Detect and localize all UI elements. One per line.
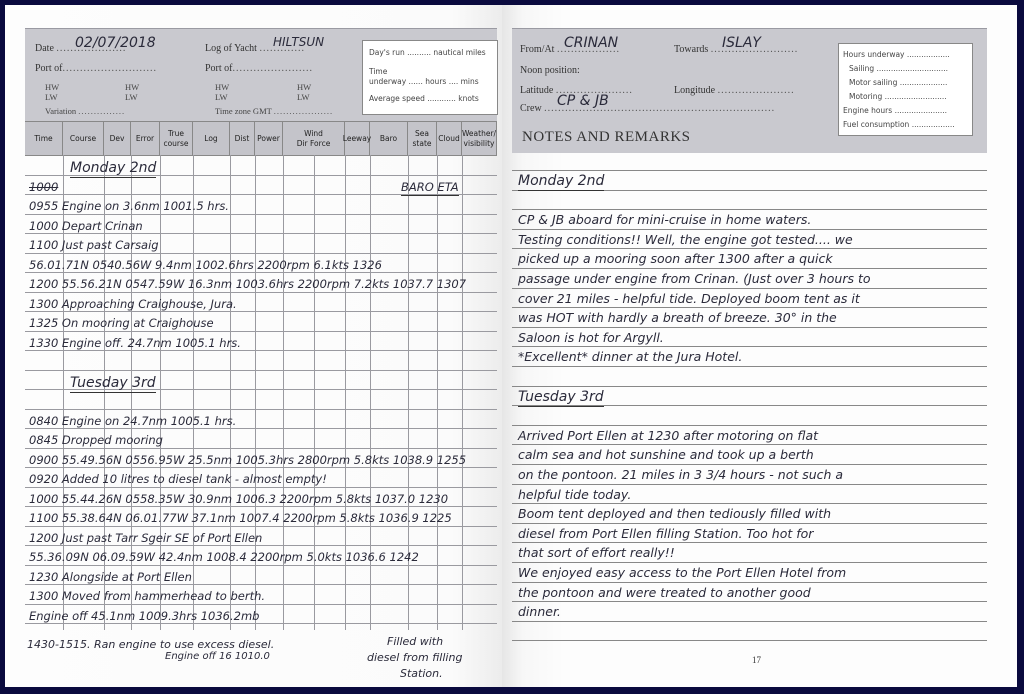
grid-row-line xyxy=(25,253,497,254)
grid-column-line xyxy=(437,155,438,630)
ruled-line xyxy=(512,562,987,563)
ruled-line xyxy=(512,288,987,289)
log-entry-row: 55.36.09N 06.09.59W 42.4nm 1008.4 2200rp… xyxy=(29,550,419,564)
towards-value[interactable]: ISLAY xyxy=(722,35,761,51)
right-page: From/At .................. CRINAN Toward… xyxy=(502,5,1017,687)
grid-row-line xyxy=(25,526,497,527)
hours-underway-label: Hours underway .................. xyxy=(843,50,950,59)
days-run-box: Day's run .......... nautical miles Time… xyxy=(362,40,498,115)
note-line: Arrived Port Ellen at 1230 after motorin… xyxy=(518,428,818,443)
log-table-header: TimeCourseDevErrorTrue courseLogDistPowe… xyxy=(25,121,497,156)
noon-position-label: Noon position: xyxy=(520,65,580,76)
column-header: Sea state xyxy=(408,122,437,155)
average-speed-label: Average speed ............ knots xyxy=(369,94,479,103)
note-line: that sort of effort really!! xyxy=(518,545,675,560)
grid-row-line xyxy=(25,292,497,293)
grid-row-line xyxy=(25,467,497,468)
column-header: Leeway xyxy=(345,122,370,155)
ruled-line xyxy=(512,229,987,230)
column-header: Dev xyxy=(104,122,131,155)
log-entry-row: 1330 Engine off. 24.7nm 1005.1 hrs. xyxy=(29,336,241,350)
note-line: calm sea and hot sunshine and took up a … xyxy=(518,447,814,462)
column-header: True course xyxy=(160,122,193,155)
wind-sub-labels: Dir Force xyxy=(297,139,331,149)
note-line: We enjoyed easy access to the Port Ellen… xyxy=(518,565,846,580)
column-header: Weather/ visibility xyxy=(462,122,497,155)
grid-row-line xyxy=(25,370,497,371)
log-entry-row: Engine off 45.1nm 1009.3hrs 1036.2mb xyxy=(29,609,259,623)
hw-label: HW xyxy=(45,82,59,92)
from-value[interactable]: CRINAN xyxy=(564,35,618,51)
fuel-consumption-label: Fuel consumption .................. xyxy=(843,120,955,129)
footer-note-1: 1430-1515. Ran engine to use excess dies… xyxy=(27,638,274,651)
ruled-line xyxy=(512,582,987,583)
lw-label: LW xyxy=(125,92,138,102)
note-line: Saloon is hot for Argyll. xyxy=(518,330,664,345)
lw-label: LW xyxy=(215,92,228,102)
grid-row-line xyxy=(25,623,497,624)
grid-row-line xyxy=(25,214,497,215)
column-header: Log xyxy=(193,122,230,155)
log-entry-row: 1200 Just past Tarr Sgeir SE of Port Ell… xyxy=(29,531,262,545)
ruled-line xyxy=(512,366,987,367)
notes-title: NOTES AND REMARKS xyxy=(522,129,691,146)
log-entry-row: 0845 Dropped mooring xyxy=(29,433,163,447)
engine-hours-label: Engine hours ...................... xyxy=(843,106,947,115)
grid-row-line xyxy=(25,350,497,351)
grid-row-line xyxy=(25,604,497,605)
ruled-line xyxy=(512,268,987,269)
log-entry-row: 1100 55.38.64N 06.01.77W 37.1nm 1007.4 2… xyxy=(29,511,452,525)
ruled-line xyxy=(512,503,987,504)
ruled-line xyxy=(512,327,987,328)
log-entry-row: 1000 55.44.26N 0558.35W 30.9nm 1006.3 22… xyxy=(29,492,448,506)
baro-eta-note: BARO ETA xyxy=(401,180,459,196)
column-header: Time xyxy=(25,122,63,155)
grid-row-line xyxy=(25,545,497,546)
left-page: Date .................... 02/07/2018 Log… xyxy=(5,5,502,687)
log-entry-row: Tuesday 3rd xyxy=(70,375,156,393)
note-line: CP & JB aboard for mini-cruise in home w… xyxy=(518,212,811,227)
footer-note-5: Station. xyxy=(400,667,443,680)
struck-time: 1000 xyxy=(29,180,58,194)
footer-note-3: Filled with xyxy=(387,635,443,648)
ruled-line xyxy=(512,621,987,622)
column-header: Cloud xyxy=(437,122,462,155)
note-line: Monday 2nd xyxy=(518,173,604,191)
ruled-line xyxy=(512,386,987,387)
lw-label: LW xyxy=(297,92,310,102)
grid-column-line xyxy=(462,155,463,630)
grid-row-line xyxy=(25,584,497,585)
note-line: was HOT with hardly a breath of breeze. … xyxy=(518,310,837,325)
logbook-spread: Date .................... 02/07/2018 Log… xyxy=(5,5,1017,687)
log-entry-row: 0920 Added 10 litres to diesel tank - al… xyxy=(29,472,327,486)
log-entry-row: 0900 55.49.56N 0556.95W 25.5nm 1005.3hrs… xyxy=(29,453,466,467)
ruled-line xyxy=(512,209,987,210)
variation-label: Variation ............... xyxy=(45,106,125,116)
hw-label: HW xyxy=(215,82,229,92)
grid-row-line xyxy=(25,311,497,312)
ruled-line xyxy=(512,523,987,524)
days-run-label: Day's run .......... nautical miles xyxy=(369,48,486,57)
column-header: Course xyxy=(63,122,104,155)
crew-value[interactable]: CP & JB xyxy=(557,93,609,109)
log-entry-row: 1000 Depart Crinan xyxy=(29,219,143,233)
grid-row-line xyxy=(25,487,497,488)
motor-sailing-label: Motor sailing .................... xyxy=(849,78,947,87)
ruled-line xyxy=(512,307,987,308)
timezone-label: Time zone GMT ................... xyxy=(215,106,333,116)
log-entry-row: 1100 Just past Carsaig xyxy=(29,238,159,252)
grid-row-line xyxy=(25,409,497,410)
ruled-line xyxy=(512,346,987,347)
hours-summary-box: Hours underway .................. Sailin… xyxy=(838,43,973,136)
column-header: Power xyxy=(255,122,283,155)
log-entry-row: 1300 Approaching Craighouse, Jura. xyxy=(29,297,237,311)
wind-group-label: Wind xyxy=(304,129,323,139)
grid-row-line xyxy=(25,331,497,332)
grid-row-line xyxy=(25,565,497,566)
footer-note-2: Engine off 16 1010.0 xyxy=(165,651,270,662)
ruled-line xyxy=(512,484,987,485)
grid-row-line xyxy=(25,233,497,234)
hw-label: HW xyxy=(125,82,139,92)
log-entry-row: 56.01.71N 0540.56W 9.4nm 1002.6hrs 2200r… xyxy=(29,258,382,272)
footer-note-4: diesel from filling xyxy=(367,651,462,664)
column-header-wind: WindDir Force xyxy=(283,122,345,155)
grid-row-line xyxy=(25,448,497,449)
column-header: Dist xyxy=(230,122,255,155)
motoring-label: Motoring .......................... xyxy=(849,92,947,101)
port-of-label-1: Port of........................... xyxy=(35,63,157,74)
lw-label: LW xyxy=(45,92,58,102)
grid-row-line xyxy=(25,272,497,273)
sailing-label: Sailing .............................. xyxy=(849,64,948,73)
grid-row-line xyxy=(25,428,497,429)
ruled-line xyxy=(512,464,987,465)
ruled-line xyxy=(512,601,987,602)
log-entry-row: 1200 55.56.21N 0547.59W 16.3nm 1003.6hrs… xyxy=(29,277,466,291)
log-entry-row: 1325 On mooring at Craighouse xyxy=(29,316,214,330)
time-label: Time xyxy=(369,67,387,76)
ruled-line xyxy=(512,640,987,641)
note-line: dinner. xyxy=(518,604,561,619)
ruled-line xyxy=(512,170,987,171)
column-header: Baro xyxy=(370,122,408,155)
note-line: Tuesday 3rd xyxy=(518,389,604,407)
hw-label: HW xyxy=(297,82,311,92)
time-underway-label: underway ...... hours .... mins xyxy=(369,77,479,86)
note-line: passage under engine from Crinan. (Just … xyxy=(518,271,871,286)
note-line: Testing conditions!! Well, the engine go… xyxy=(518,232,853,247)
grid-row-line xyxy=(25,506,497,507)
note-line: *Excellent* dinner at the Jura Hotel. xyxy=(518,349,742,364)
note-line: helpful tide today. xyxy=(518,487,631,502)
date-value[interactable]: 02/07/2018 xyxy=(75,35,156,51)
ruled-line xyxy=(512,248,987,249)
longitude-label: Longitude ...................... xyxy=(674,85,795,96)
log-entry-row: 1230 Alongside at Port Ellen xyxy=(29,570,192,584)
column-header: Error xyxy=(131,122,160,155)
note-line: picked up a mooring soon after 1300 afte… xyxy=(518,251,833,266)
ruled-line xyxy=(512,425,987,426)
port-of-label-2: Port of....................... xyxy=(205,63,313,74)
log-entry-row: 0955 Engine on 3.6nm 1001.5 hrs. xyxy=(29,199,229,213)
passage-header: From/At .................. CRINAN Toward… xyxy=(512,28,987,153)
log-entry-row: Monday 2nd xyxy=(70,160,156,178)
ruled-line xyxy=(512,542,987,543)
page-number: 17 xyxy=(752,655,761,665)
log-entry-row: 1000BARO ETA xyxy=(29,180,58,194)
note-line: cover 21 miles - helpful tide. Deployed … xyxy=(518,291,860,306)
log-entry-row: 0840 Engine on 24.7nm 1005.1 hrs. xyxy=(29,414,236,428)
note-line: the pontoon and were treated to another … xyxy=(518,585,811,600)
note-line: Boom tent deployed and then tediously fi… xyxy=(518,506,831,521)
yacht-name-value[interactable]: HILTSUN xyxy=(273,35,324,49)
note-line: on the pontoon. 21 miles in 3 3/4 hours … xyxy=(518,467,843,482)
log-entry-row: 1300 Moved from hammerhead to berth. xyxy=(29,589,265,603)
ruled-line xyxy=(512,444,987,445)
note-line: diesel from Port Ellen filling Station. … xyxy=(518,526,813,541)
